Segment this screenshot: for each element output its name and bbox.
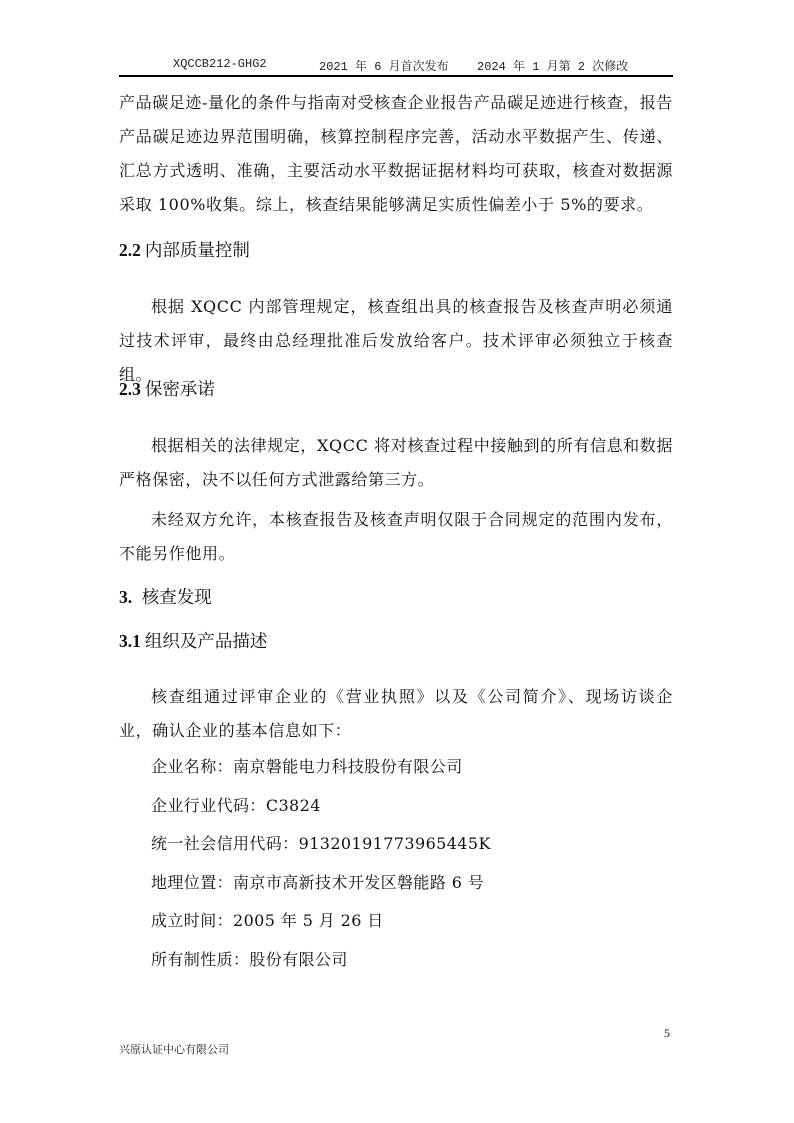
section-heading-3: 3. 核查发现 [119,585,212,610]
revision-date: 2024 年 1 月第 2 次修改 [477,57,628,74]
company-info-credit-code: 统一社会信用代码：91320191773965445K [151,832,491,856]
company-info-industry-code: 企业行业代码：C3824 [151,794,321,818]
company-info-location: 地理位置：南京市高新技术开发区磐能路 6 号 [151,871,484,895]
info-label: 地理位置： [151,873,233,892]
section-number: 2.2 [119,240,141,260]
confidentiality-paragraph-2: 未经双方允许，本核查报告及核查声明仅限于合同规定的范围内发布，不能另作他用。 [119,503,673,571]
section-heading-2-3: 2.3保密承诺 [119,377,215,402]
document-code: XQCCB212-GHG2 [173,57,267,71]
footer-company-name: 兴原认证中心有限公司 [119,1041,229,1057]
section-title: 核查发现 [142,588,212,608]
info-label: 统一社会信用代码： [151,834,299,853]
info-label: 企业名称： [151,757,233,776]
section-title: 组织及产品描述 [145,632,268,652]
section-heading-3-1: 3.1组织及产品描述 [119,629,267,654]
section-number: 3.1 [119,631,141,651]
info-value: 南京磐能电力科技股份有限公司 [233,757,463,776]
info-value: 股份有限公司 [249,950,347,969]
section-title: 保密承诺 [145,380,215,400]
section-heading-2-2: 2.2内部质量控制 [119,238,250,263]
company-info-name: 企业名称：南京磐能电力科技股份有限公司 [151,755,463,779]
company-info-ownership: 所有制性质：股份有限公司 [151,948,348,972]
organization-paragraph: 核查组通过评审企业的《营业执照》以及《公司简介》、现场访谈企业，确认企业的基本信… [119,680,673,748]
page-header: XQCCB212-GHG2 2021 年 6 月首次发布 2024 年 1 月第… [119,55,673,75]
header-rule [119,75,673,77]
section-number: 3. [119,587,132,607]
confidentiality-paragraph-1: 根据相关的法律规定，XQCC 将对核查过程中接触到的所有信息和数据严格保密，决不… [119,429,673,497]
company-info-established: 成立时间：2005 年 5 月 26 日 [151,909,384,933]
section-title: 内部质量控制 [145,241,250,261]
info-value: C3824 [266,796,321,815]
info-label: 成立时间： [151,911,233,930]
intro-paragraph: 产品碳足迹-量化的条件与指南对受核查企业报告产品碳足迹进行核查，报告产品碳足迹边… [119,86,673,222]
page-number: 5 [664,1026,670,1041]
info-label: 企业行业代码： [151,796,266,815]
info-label: 所有制性质： [151,950,249,969]
info-value: 2005 年 5 月 26 日 [233,911,384,930]
section-number: 2.3 [119,379,141,399]
first-release-date: 2021 年 6 月首次发布 [319,57,449,74]
info-value: 91320191773965445K [299,834,491,853]
info-value: 南京市高新技术开发区磐能路 6 号 [233,873,484,892]
